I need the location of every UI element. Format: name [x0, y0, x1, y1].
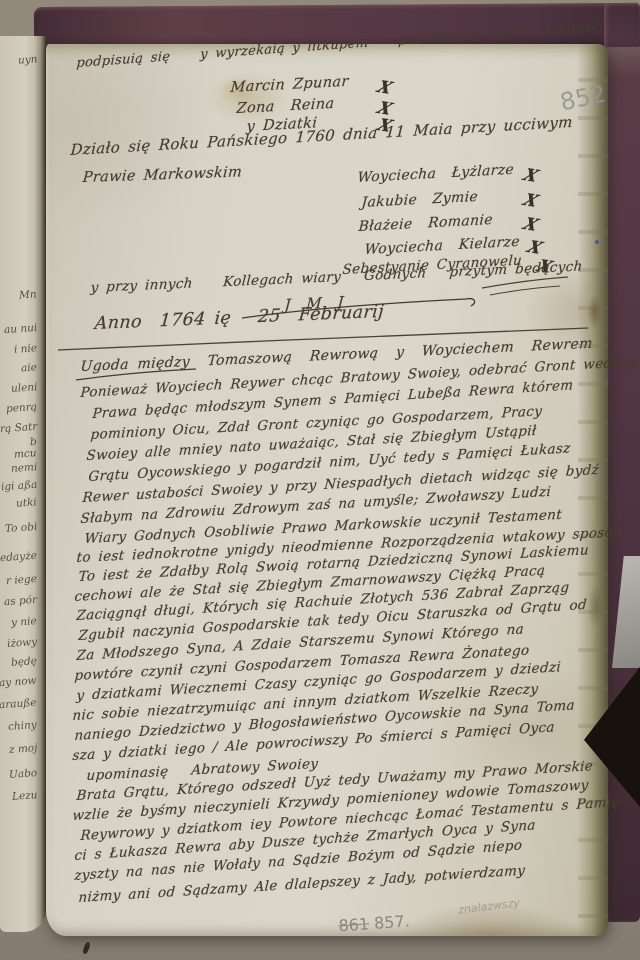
facing-page-text-fragment: y nie: [11, 615, 37, 629]
facing-page-text-fragment: utki: [16, 496, 37, 509]
facing-page-text-fragment: penrą: [6, 401, 38, 415]
facing-page-text-fragment: igi aßa: [0, 479, 37, 494]
witness-name: Woyciecha Łyżlarze: [357, 162, 515, 186]
facing-page-text-fragment: chiny: [8, 719, 37, 733]
witness-x-mark: X: [520, 165, 541, 186]
witness-x-mark: X: [520, 190, 541, 211]
signature-x-mark: X: [374, 77, 395, 98]
facing-page-text-fragment: z moj: [8, 742, 37, 756]
blue-ink-speck: [595, 240, 599, 244]
ink-speck: [82, 942, 91, 955]
facing-page-text-fragment: nemi: [10, 461, 37, 475]
facing-page-text-fragment: as pór: [4, 594, 38, 608]
witness-name: Błażeie Romanie: [358, 212, 493, 235]
facing-page-text-fragment: będę: [11, 655, 38, 669]
facing-page-text-fragment: au nui: [3, 322, 37, 336]
pencil-corrected-numbers: 861 857.: [306, 893, 412, 957]
pencil-current-number: 857.: [368, 911, 410, 933]
facing-page-text-fragment: uyn: [17, 53, 37, 66]
facing-page-text-fragment: To obi: [4, 521, 37, 535]
facing-page-text-fragment: rą Satr: [0, 421, 37, 436]
act-opening-line: Działo się Roku Pańskiego 1760 dnia 11 M…: [70, 113, 573, 159]
signatory-name: Marcin Zpunar: [230, 74, 349, 96]
facing-page-text-fragment: arauße: [0, 697, 37, 712]
facing-page-edge: uyn Mn au nui i nie aie uleni penrą rą S…: [0, 36, 46, 932]
act-opening-line2: Prawie Markowskim: [82, 164, 243, 186]
manuscript-photo: uyn Mn au nui i nie aie uleni penrą rą S…: [0, 0, 640, 960]
signatory-name: Zona Reina: [236, 96, 335, 117]
facing-page-text-fragment: i nie: [14, 342, 38, 356]
witness-x-mark: X: [520, 214, 541, 235]
facing-page-text-fragment: Uabo: [8, 767, 37, 781]
witness-x-mark: X: [524, 237, 545, 258]
manuscript-page: 852 861 857. znalazwszy podpisuią się y …: [46, 44, 608, 936]
facing-page-text-fragment: uleni: [10, 381, 37, 395]
facing-page-text-fragment: mcu: [14, 447, 37, 461]
facing-page-text-fragment: r iege: [6, 573, 38, 587]
witnesses-closing-line: y przy innych Kollegach wiary Godnych pr…: [90, 258, 583, 296]
facing-page-text-fragment: ay now: [0, 675, 37, 690]
facing-page-text-fragment: Lezu: [11, 789, 37, 803]
facing-page-text-fragment: iżowy: [6, 636, 37, 650]
witness-name: Jakubie Zymie: [361, 189, 479, 211]
pencil-cancelled-number: 861: [338, 914, 370, 935]
date-heading: Anno 1764 ię 25 Februarij: [94, 302, 385, 334]
facing-page-text-fragment: edayże: [0, 550, 37, 565]
facing-page-text-fragment: Mn: [19, 288, 37, 301]
facing-page-text-fragment: aie: [21, 361, 38, 374]
pencil-margin-note: znalazwszy: [457, 896, 520, 916]
